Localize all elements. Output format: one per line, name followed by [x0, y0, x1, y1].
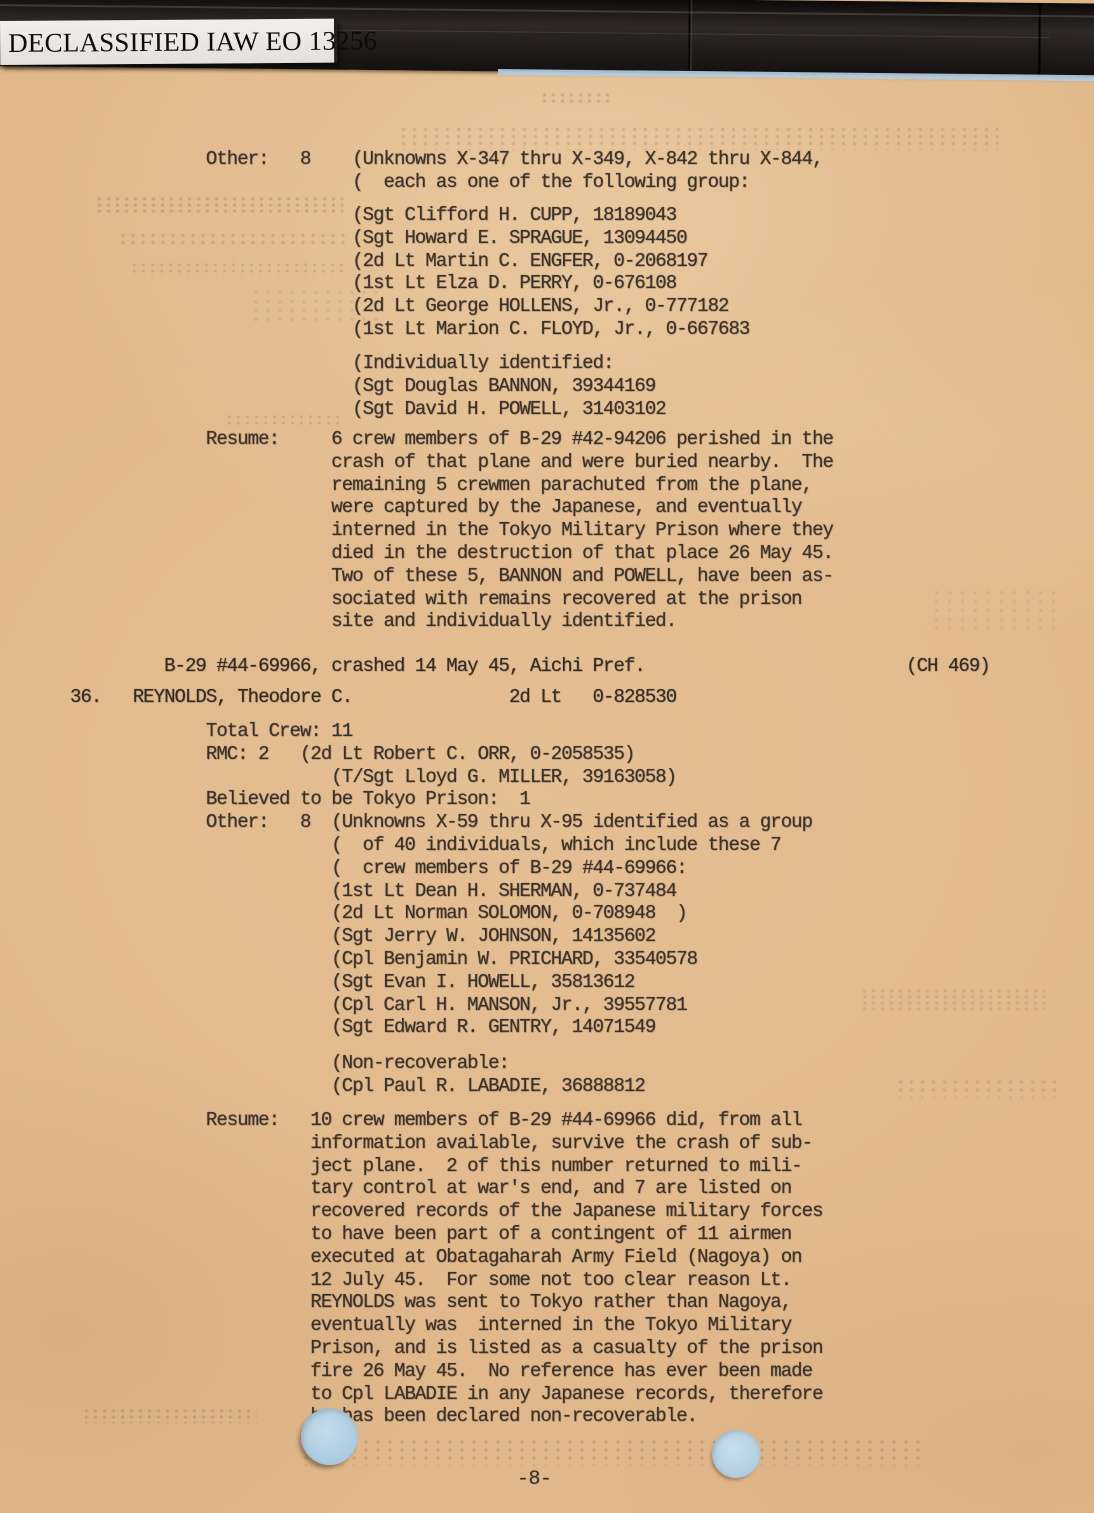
smudge-artifact: [300, 1438, 925, 1466]
scanned-document-page: DECLASSIFIED IAW EO 13256 Other: 8 (Unkn…: [0, 0, 1094, 1513]
bar-scratch: [0, 4, 1094, 18]
declassified-stamp-label: DECLASSIFIED IAW EO 13256: [0, 19, 337, 65]
smudge-artifact: [895, 1078, 1060, 1098]
smudge-artifact: [540, 92, 610, 104]
smudge-artifact: [398, 126, 998, 150]
entry35-other-unknowns-heading: Other: 8 (Unknowns X-347 thru X-349, X-8…: [70, 148, 823, 194]
entry35-individually-identified-list: (Individually identified: (Sgt Douglas B…: [70, 352, 666, 420]
declassified-stamp-text: DECLASSIFIED IAW EO 13256: [0, 25, 377, 59]
punch-hole-left: [301, 1408, 358, 1465]
b29-44-69966-crash-header: B-29 #44-69966, crashed 14 May 45, Aichi…: [70, 655, 990, 678]
page-number: -8-: [517, 1468, 552, 1491]
entry36-reynolds-heading: 36. REYNOLDS, Theodore C. 2d Lt 0-828530: [70, 686, 676, 709]
smudge-artifact: [930, 588, 1055, 630]
entry35-crew-member-list: (Sgt Clifford H. CUPP, 18189043 (Sgt How…: [70, 204, 749, 341]
entry36-non-recoverable-list: (Non-recoverable: (Cpl Paul R. LABADIE, …: [70, 1052, 645, 1098]
entry36-resume-paragraph: Resume: 10 crew members of B-29 #44-6996…: [70, 1109, 823, 1428]
entry35-resume-paragraph: Resume: 6 crew members of B-29 #42-94206…: [70, 428, 833, 633]
entry36-crew-details: Total Crew: 11 RMC: 2 (2d Lt Robert C. O…: [70, 720, 812, 1039]
punch-hole-right: [712, 1430, 760, 1478]
smudge-artifact: [860, 988, 1045, 1010]
